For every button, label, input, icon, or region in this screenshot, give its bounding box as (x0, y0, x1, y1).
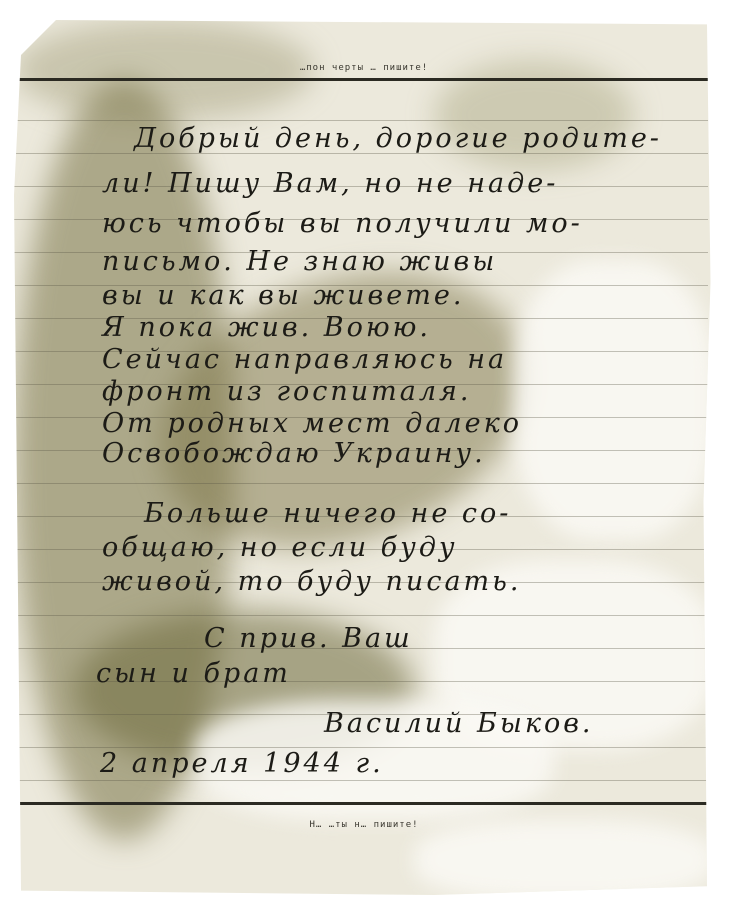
letter-line: фронт из госпиталя. (102, 378, 694, 405)
header-rule (14, 78, 708, 81)
letter-line: Освобождаю Украину. (102, 440, 694, 467)
letter-line: общаю, но если буду (102, 534, 694, 561)
letter-line: С прив. Ваш (204, 625, 694, 652)
letter-line: Сейчас направляюсь на (102, 346, 694, 373)
letter-line: письмо. Не знаю живы (102, 248, 694, 275)
ruled-line (14, 120, 708, 121)
printed-footer: Н… …ты н… пишите! (14, 820, 714, 830)
letter-line: От родных мест далеко (102, 410, 694, 437)
footer-rule (14, 802, 708, 805)
letter-line: Добрый день, дорогие родите- (134, 125, 694, 152)
letter-line: ли! Пишу Вам, но не наде- (102, 170, 694, 197)
letter-line: вы и как вы живете. (102, 282, 694, 309)
letter-paper: …пон черты … пишите! Н… …ты н… пишите! Д… (14, 20, 714, 895)
printed-header: …пон черты … пишите! (14, 63, 714, 73)
letter-line: Я пока жив. Воюю. (102, 314, 694, 341)
ruled-line (14, 615, 708, 616)
signature: Василий Быков. (324, 710, 694, 737)
letter-line: сын и брат (96, 660, 694, 687)
faded-area (414, 820, 714, 895)
ruled-line (14, 780, 708, 781)
ruled-line (14, 483, 708, 484)
letter-date: 2 апреля 1944 г. (100, 750, 694, 777)
letter-line: живой, то буду писать. (102, 568, 694, 595)
letter-line: юсь чтобы вы получили мо- (102, 210, 694, 237)
letter-line: Больше ничего не со- (144, 500, 694, 527)
